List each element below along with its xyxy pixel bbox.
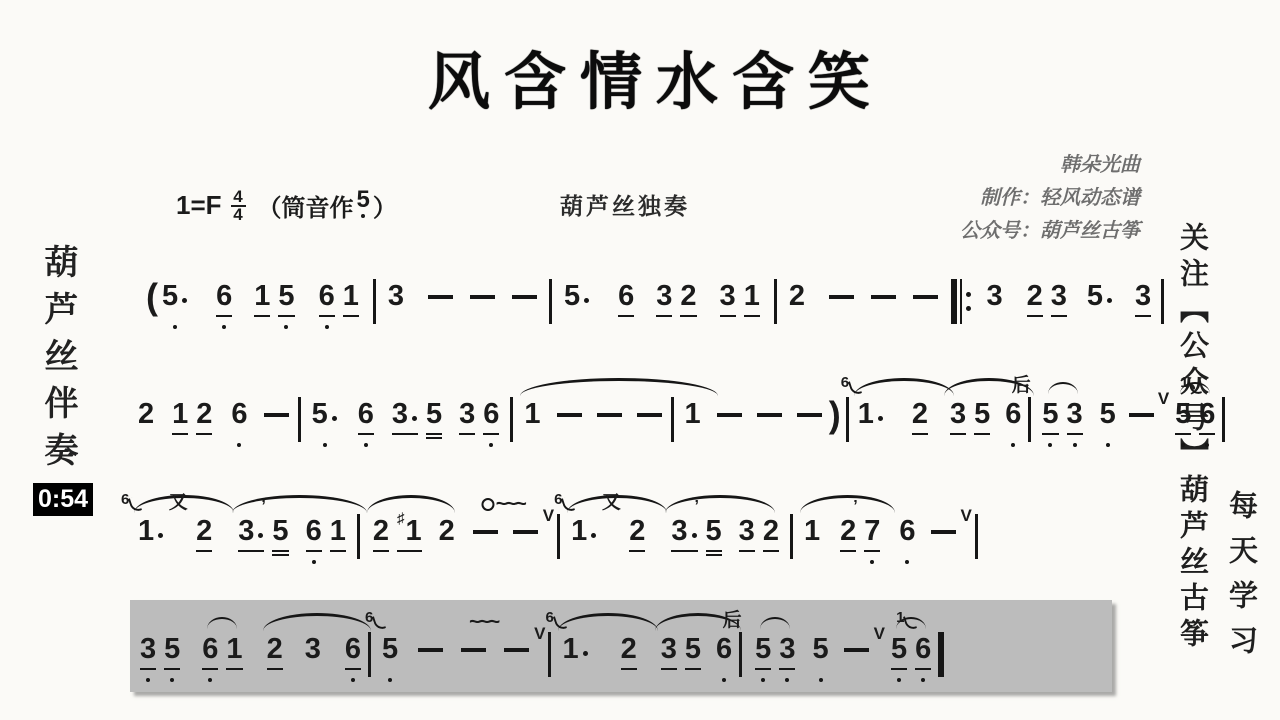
duration-underlines bbox=[238, 550, 264, 558]
duration-underlines bbox=[864, 550, 880, 558]
note-digit-row: 2 bbox=[138, 398, 154, 431]
duration-underlines bbox=[1087, 315, 1113, 323]
octave-dots bbox=[173, 323, 177, 331]
note-token: 3 bbox=[136, 633, 160, 684]
duration-underlines bbox=[483, 433, 499, 441]
repeat-dot bbox=[966, 306, 971, 311]
low-octave-dot bbox=[173, 325, 177, 329]
barline bbox=[549, 279, 552, 324]
low-octave-dot bbox=[325, 325, 329, 329]
tube-digit: 5 bbox=[357, 188, 370, 218]
note-token: 1 bbox=[168, 398, 192, 449]
note-digit-row: 1 bbox=[858, 398, 884, 431]
note-digit: 1 bbox=[858, 398, 874, 431]
note-token: 2 bbox=[369, 515, 393, 566]
tube-prefix: （筒音作 bbox=[258, 188, 354, 223]
note-digit: 5 bbox=[812, 633, 828, 666]
duration-underlines bbox=[140, 668, 156, 676]
note-digit: 1 bbox=[330, 515, 346, 548]
underline bbox=[739, 550, 755, 552]
note-digit: 2 bbox=[1027, 280, 1043, 313]
underline bbox=[426, 437, 442, 439]
duration-underlines bbox=[1135, 315, 1151, 323]
octave-dots bbox=[722, 676, 726, 684]
beam-row: 61 bbox=[198, 633, 246, 684]
beam-row: 35’ bbox=[234, 515, 292, 566]
note-digit: 6 bbox=[1199, 398, 1215, 431]
note-digit-row: 3 bbox=[661, 633, 677, 666]
duration-underlines bbox=[720, 315, 736, 323]
augmentation-dot bbox=[878, 416, 883, 421]
underline bbox=[621, 668, 637, 670]
note-digit: 6 bbox=[202, 633, 218, 666]
octave-dots bbox=[312, 558, 316, 566]
slur-arc bbox=[520, 378, 718, 396]
beam-row: 35’ bbox=[667, 515, 725, 566]
ornament-mark: ~~~ bbox=[482, 493, 525, 516]
duration-underlines bbox=[1005, 433, 1021, 441]
dash-bar bbox=[871, 295, 896, 299]
video-frame: 风含情水含笑 韩朵光曲 制作：轻风动态谱 公众号：葫芦丝古筝 1=F 4 4 （… bbox=[0, 0, 1280, 720]
note-digit: 5 bbox=[706, 515, 722, 548]
grace-note: 1 bbox=[1180, 374, 1199, 395]
grace-note: 6 bbox=[554, 491, 573, 512]
duration-underlines bbox=[172, 433, 188, 441]
note-token: 3 bbox=[735, 515, 759, 566]
note-digit-row: 1 bbox=[172, 398, 188, 431]
tube-digit-number: 5 bbox=[357, 188, 370, 212]
note-digit-row: 5 bbox=[706, 515, 722, 548]
duration-underlines bbox=[196, 433, 212, 441]
low-octave-dot bbox=[905, 560, 909, 564]
note-digit-row: 5 bbox=[1087, 280, 1113, 313]
instrument-label: 葫芦丝独奏 bbox=[560, 188, 690, 221]
underline bbox=[950, 433, 966, 435]
duration-underlines bbox=[739, 550, 755, 558]
duration-underlines bbox=[392, 433, 418, 441]
note-token: 1 bbox=[802, 515, 822, 566]
duration-underlines bbox=[562, 668, 588, 676]
underline bbox=[202, 668, 218, 670]
note-digit-row: 3 bbox=[739, 515, 755, 548]
duration-underlines bbox=[812, 668, 828, 676]
note-digit-row: 2 bbox=[621, 633, 637, 666]
ornament-mark: 后 bbox=[723, 605, 742, 632]
octave-dots bbox=[1073, 441, 1077, 449]
underline bbox=[864, 550, 880, 552]
note-digit-row: 2 bbox=[629, 515, 645, 548]
underline bbox=[164, 668, 180, 670]
barline bbox=[557, 514, 560, 559]
note-digit: 2 bbox=[267, 633, 283, 666]
low-octave-dot bbox=[284, 325, 288, 329]
note-digit: 3 bbox=[950, 398, 966, 431]
ornament-mark: ~~~ bbox=[469, 611, 498, 634]
note-digit-row: 3 bbox=[305, 633, 321, 666]
note-digit: 5 bbox=[891, 633, 907, 666]
note-digit-row: 2 bbox=[680, 280, 696, 313]
beam-group: 15 bbox=[250, 280, 298, 331]
note-digit: 2 bbox=[680, 280, 696, 313]
grace-curl bbox=[553, 614, 567, 631]
barline bbox=[774, 279, 777, 324]
note-token: 6 bbox=[897, 515, 917, 566]
duration-underlines bbox=[439, 550, 455, 558]
barline bbox=[671, 397, 674, 442]
dash-bar bbox=[418, 648, 443, 652]
finger-trill-circle bbox=[482, 498, 495, 511]
underline bbox=[706, 550, 722, 552]
note-token: 5 bbox=[1171, 398, 1195, 449]
note-token: 3 bbox=[455, 398, 479, 449]
dash-note bbox=[827, 280, 856, 299]
note-digit-row: 1 bbox=[571, 515, 597, 548]
beam-row: 61 bbox=[302, 515, 350, 566]
duration-underlines bbox=[706, 550, 722, 558]
note-token: 6 bbox=[214, 280, 234, 331]
underline bbox=[891, 668, 907, 670]
dash-note: ~~~ bbox=[459, 633, 488, 652]
dash-note bbox=[911, 280, 940, 299]
duration-underlines bbox=[858, 433, 884, 441]
note-token: 2又 bbox=[194, 515, 214, 566]
dash-note: ~~~ bbox=[471, 515, 500, 534]
duration-underlines bbox=[397, 550, 422, 558]
note-digit: 2 bbox=[196, 515, 212, 548]
note-digit: 6 bbox=[231, 398, 247, 431]
note-digit-row: 1 bbox=[254, 280, 270, 313]
duration-underlines bbox=[459, 433, 475, 441]
note-digit-row: 6 bbox=[899, 515, 915, 548]
note-digit-row: 3 bbox=[238, 515, 264, 548]
note-token: 5 bbox=[1085, 280, 1115, 331]
note-digit-row: 3 bbox=[388, 280, 404, 313]
dash-note bbox=[635, 398, 664, 417]
note-token: 6 bbox=[479, 398, 503, 449]
note-digit: 6 bbox=[618, 280, 634, 313]
duration-underlines bbox=[1175, 433, 1191, 441]
beam-group: 561 bbox=[887, 633, 935, 684]
underline bbox=[1027, 315, 1043, 317]
octave-dots bbox=[785, 676, 789, 684]
duration-underlines bbox=[899, 550, 915, 558]
song-title: 风含情水含笑 bbox=[16, 32, 1280, 121]
underline bbox=[483, 433, 499, 435]
barline bbox=[510, 397, 513, 442]
note-digit-row: 5 bbox=[974, 398, 990, 431]
duration-underlines bbox=[1042, 433, 1058, 441]
octave-dots bbox=[1205, 441, 1209, 449]
note-digit-row: 5 bbox=[891, 633, 907, 666]
note-digit: 2 bbox=[373, 515, 389, 548]
beam-group: 35 bbox=[136, 633, 184, 684]
underline bbox=[915, 668, 931, 670]
octave-dots bbox=[921, 676, 925, 684]
low-octave-dot bbox=[1073, 443, 1077, 447]
low-octave-dot bbox=[1011, 443, 1015, 447]
low-octave-dot bbox=[1205, 443, 1209, 447]
duration-underlines bbox=[138, 550, 164, 558]
underline bbox=[706, 554, 722, 556]
dash-bar bbox=[473, 530, 498, 534]
note-token: 2 bbox=[759, 515, 783, 566]
dash-bar bbox=[264, 413, 289, 417]
barline bbox=[373, 279, 376, 324]
note-token: 5 bbox=[562, 280, 592, 331]
note-digit-row: 5 bbox=[685, 633, 701, 666]
duration-underlines bbox=[685, 668, 701, 676]
beam-row: 561 bbox=[887, 633, 935, 684]
octave-dots bbox=[905, 558, 909, 566]
note-token: 2 bbox=[437, 515, 457, 566]
breath-mark: V bbox=[874, 624, 885, 644]
barline bbox=[846, 397, 849, 442]
underline bbox=[779, 668, 795, 670]
note-digit-row: ♯1 bbox=[397, 515, 422, 548]
beam-group: 32 bbox=[652, 280, 700, 331]
octave-dots bbox=[284, 323, 288, 331]
note-digit-row: 2 bbox=[1027, 280, 1043, 313]
low-octave-dot bbox=[351, 678, 355, 682]
note-token: 5 bbox=[887, 633, 911, 684]
note-digit-row: 6 bbox=[216, 280, 232, 313]
note-digit: 1 bbox=[226, 633, 242, 666]
beam-group: 27’ bbox=[836, 515, 884, 566]
duration-underlines bbox=[343, 315, 359, 323]
underline bbox=[392, 433, 418, 435]
phrase-paren: ( bbox=[146, 278, 158, 316]
grace-curl bbox=[372, 614, 386, 631]
underline bbox=[140, 668, 156, 670]
note-digit-row: 1 bbox=[744, 280, 760, 313]
note-token: 5’ bbox=[702, 515, 726, 566]
duration-underlines bbox=[524, 433, 540, 441]
note-digit: 2 bbox=[840, 515, 856, 548]
note-digit: 6 bbox=[899, 515, 915, 548]
note-digit-row: 2 bbox=[196, 398, 212, 431]
note-digit: 6 bbox=[345, 633, 361, 666]
note-token: 2 bbox=[192, 398, 216, 449]
duration-underlines bbox=[618, 315, 634, 323]
octave-dots bbox=[1106, 441, 1110, 449]
note-digit: 1 bbox=[524, 398, 540, 431]
grace-note: 6 bbox=[545, 609, 564, 630]
low-octave-dot bbox=[361, 214, 365, 218]
slide-tick: ’ bbox=[261, 498, 265, 516]
beam-group: 35 bbox=[657, 633, 705, 684]
underline bbox=[685, 668, 701, 670]
note-digit: 6 bbox=[358, 398, 374, 431]
duration-underlines bbox=[1199, 433, 1215, 441]
dash-bar bbox=[470, 295, 495, 299]
note-token: 5 bbox=[310, 398, 340, 449]
underline bbox=[680, 315, 696, 317]
underline bbox=[974, 433, 990, 435]
underline bbox=[661, 668, 677, 670]
duration-underlines bbox=[891, 668, 907, 676]
note-digit: 6 bbox=[319, 280, 335, 313]
note-digit: 1 bbox=[685, 398, 701, 431]
tube-note-label: （筒音作 5 ） bbox=[258, 188, 397, 223]
slur-arc bbox=[800, 495, 895, 513]
note-token: 1 bbox=[683, 398, 703, 449]
note-token: 3 bbox=[775, 633, 799, 684]
meter-numerator: 4 bbox=[233, 190, 242, 204]
note-digit-row: 3 bbox=[1067, 398, 1083, 431]
duration-underlines bbox=[202, 668, 218, 676]
underline bbox=[216, 315, 232, 317]
note-digit: 2 bbox=[439, 515, 455, 548]
note-digit-row: 6 bbox=[483, 398, 499, 431]
underline bbox=[267, 668, 283, 670]
note-digit: 5 bbox=[164, 633, 180, 666]
beam-group: 35 bbox=[946, 398, 994, 449]
note-token: 6后 bbox=[714, 633, 734, 684]
meter-denominator: 4 bbox=[233, 208, 242, 222]
note-digit: 2 bbox=[912, 398, 928, 431]
note-digit-row: 5 bbox=[164, 633, 180, 666]
duration-underlines bbox=[804, 550, 820, 558]
note-digit: 5 bbox=[278, 280, 294, 313]
duration-underlines bbox=[1100, 433, 1116, 441]
credits-block: 韩朵光曲 制作：轻风动态谱 公众号：葫芦丝古筝 bbox=[840, 148, 1140, 247]
note-token: 6 bbox=[356, 398, 376, 449]
duration-underlines bbox=[716, 668, 732, 676]
underline bbox=[744, 315, 760, 317]
grace-note: 6 bbox=[365, 609, 384, 630]
note-digit-row: 1 bbox=[524, 398, 540, 431]
note-token: ♯1 bbox=[393, 515, 426, 566]
underline bbox=[671, 550, 697, 552]
note-digit: 5 bbox=[426, 398, 442, 431]
barline bbox=[739, 632, 742, 677]
note-token: 2 bbox=[836, 515, 860, 566]
note-digit: 5 bbox=[1042, 398, 1058, 431]
note-token: 2 bbox=[787, 280, 807, 331]
low-octave-dot bbox=[146, 678, 150, 682]
note-digit: 1 bbox=[254, 280, 270, 313]
dash-note bbox=[416, 633, 445, 652]
note-token: 5 bbox=[751, 633, 775, 684]
beam-row: 27’ bbox=[836, 515, 884, 566]
dash-note bbox=[795, 398, 824, 417]
beam-group: 23 bbox=[1023, 280, 1071, 331]
note-digit-row: 3 bbox=[1051, 280, 1067, 313]
note-digit-row: 2 bbox=[439, 515, 455, 548]
underline bbox=[426, 433, 442, 435]
barline bbox=[368, 632, 371, 677]
note-token: 3 bbox=[303, 633, 323, 684]
underline bbox=[763, 550, 779, 552]
grace-curl bbox=[1188, 379, 1202, 396]
note-digit-row: 3 bbox=[720, 280, 736, 313]
augmentation-dot bbox=[158, 533, 163, 538]
low-octave-dot bbox=[1048, 443, 1052, 447]
note-token: 3 bbox=[657, 633, 681, 684]
underline bbox=[1199, 433, 1215, 435]
beam-group: 35’ bbox=[667, 515, 725, 566]
duration-underlines bbox=[915, 668, 931, 676]
underline bbox=[629, 550, 645, 552]
octave-dots bbox=[351, 676, 355, 684]
low-octave-dot bbox=[312, 560, 316, 564]
grace-note: 6 bbox=[121, 491, 140, 512]
note-digit: 2 bbox=[789, 280, 805, 313]
key-label: 1=F bbox=[176, 190, 222, 221]
beam-row: 31 bbox=[716, 280, 764, 331]
beam-row: 53 bbox=[1038, 398, 1086, 449]
note-digit-row: 5 bbox=[755, 633, 771, 666]
underline bbox=[330, 550, 346, 552]
duration-underlines bbox=[1027, 315, 1043, 323]
octave-dots bbox=[489, 441, 493, 449]
note-digit-row: 1 bbox=[343, 280, 359, 313]
duration-underlines bbox=[779, 668, 795, 676]
beam-row: 61 bbox=[315, 280, 363, 331]
note-token: 6 bbox=[302, 515, 326, 566]
underline bbox=[358, 433, 374, 435]
dash-bar bbox=[1129, 413, 1154, 417]
note-token: 3 bbox=[388, 398, 422, 449]
low-octave-dot bbox=[222, 325, 226, 329]
note-token: 5 bbox=[810, 633, 830, 684]
duration-underlines bbox=[986, 315, 1002, 323]
beam-group: 53 bbox=[1038, 398, 1086, 449]
beam-row: 12 bbox=[168, 398, 216, 449]
dash-bar bbox=[829, 295, 854, 299]
note-digit: 3 bbox=[656, 280, 672, 313]
note-token: 5’ bbox=[268, 515, 292, 566]
note-token: 5 bbox=[681, 633, 705, 684]
duration-underlines bbox=[382, 668, 398, 676]
note-digit: 6 bbox=[716, 633, 732, 666]
note-token: 6 bbox=[315, 280, 339, 331]
note-digit-row: 2 bbox=[196, 515, 212, 548]
underline bbox=[840, 550, 856, 552]
note-digit: 3 bbox=[238, 515, 254, 548]
note-digit: 3 bbox=[779, 633, 795, 666]
timestamp-badge: 0:54 bbox=[33, 483, 93, 516]
underline bbox=[1051, 315, 1067, 317]
low-octave-dot bbox=[819, 678, 823, 682]
dash-bar bbox=[461, 648, 486, 652]
note-token: 6后 bbox=[1003, 398, 1023, 449]
note-token: 16 bbox=[856, 398, 886, 449]
note-token: 3 bbox=[716, 280, 740, 331]
note-digit: 6 bbox=[216, 280, 232, 313]
note-digit-row: 5 bbox=[1175, 398, 1191, 431]
underline bbox=[1067, 433, 1083, 435]
note-digit: 5 bbox=[974, 398, 990, 431]
low-octave-dot bbox=[364, 443, 368, 447]
note-token: 2 bbox=[619, 633, 639, 684]
note-token: 3 bbox=[386, 280, 406, 331]
note-digit-row: 3 bbox=[986, 280, 1002, 313]
grace-curl bbox=[128, 496, 142, 513]
underline bbox=[196, 550, 212, 552]
underline bbox=[1175, 433, 1191, 435]
low-octave-dot bbox=[208, 678, 212, 682]
duration-underlines bbox=[306, 550, 322, 558]
note-digit: 3 bbox=[140, 633, 156, 666]
note-token: 1 bbox=[522, 398, 542, 449]
beam-group: 36 bbox=[455, 398, 503, 449]
note-digit-row: 6 bbox=[231, 398, 247, 431]
octave-dots bbox=[1181, 441, 1185, 449]
note-digit-row: 3 bbox=[140, 633, 156, 666]
note-token: 16 bbox=[560, 633, 590, 684]
note-digit-row: 5 bbox=[382, 633, 398, 666]
